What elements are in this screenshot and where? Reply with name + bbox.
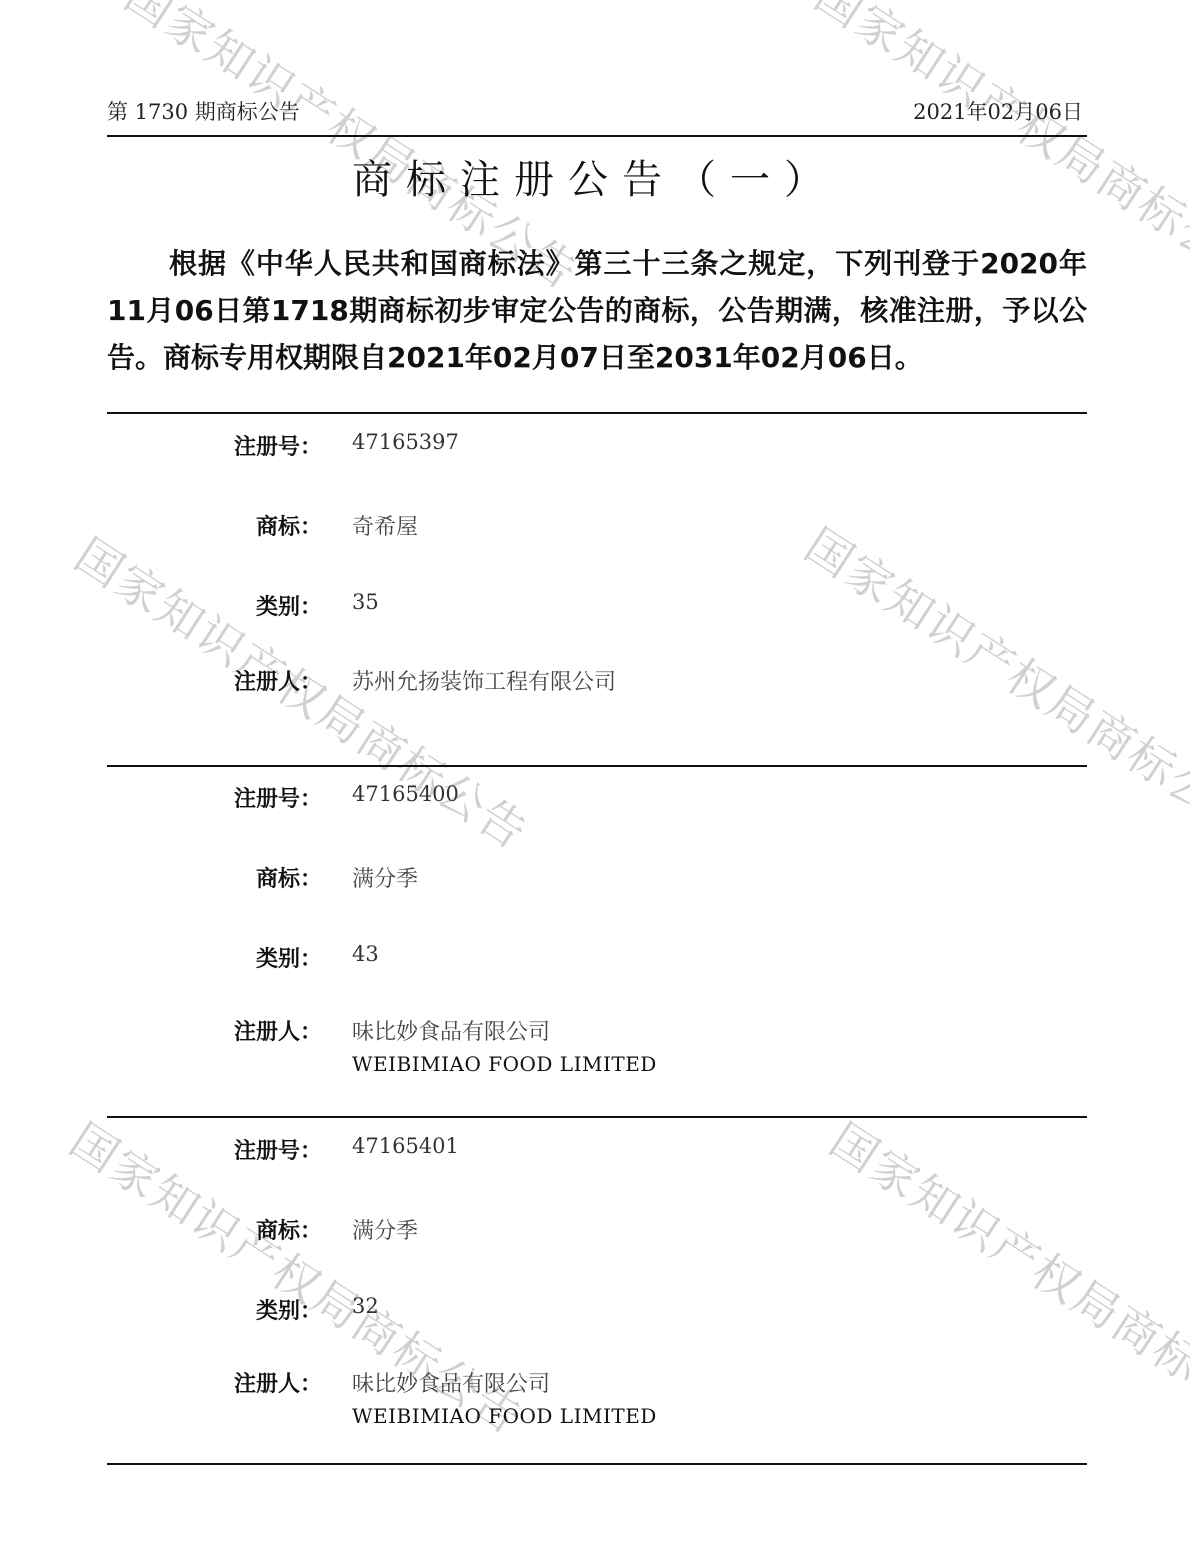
- reg-no-field: 注册号： 47165401: [0, 1134, 1190, 1164]
- registrant-field: 注册人： 味比妙食品有限公司 WEIBIMIAO FOOD LIMITED: [0, 1015, 1190, 1045]
- page-title: 商标注册公告（一）: [0, 148, 1190, 205]
- section-divider: [107, 1116, 1087, 1118]
- document-page: 国家知识产权局商标公告 国家知识产权局商标公告 国家知识产权局商标公告 国家知识…: [0, 0, 1190, 1564]
- class-field: 类别： 35: [0, 590, 1190, 620]
- class-label: 类别：: [256, 1294, 322, 1325]
- registrant-label: 注册人：: [234, 1015, 322, 1046]
- class-label: 类别：: [256, 942, 322, 973]
- mark-field: 商标： 奇希屋: [0, 510, 1190, 540]
- reg-no-label: 注册号：: [234, 430, 322, 461]
- intro-paragraph: 根据《中华人民共和国商标法》第三十三条之规定，下列刊登于2020年11月06日第…: [107, 240, 1087, 381]
- issue-number: 第 1730 期商标公告: [107, 96, 300, 126]
- reg-no-field: 注册号： 47165400: [0, 782, 1190, 812]
- registrant-name-cn: 味比妙食品有限公司: [352, 1015, 550, 1046]
- registrant-name-en: WEIBIMIAO FOOD LIMITED: [352, 1404, 657, 1428]
- reg-no-value: 47165397: [352, 430, 459, 454]
- mark-field: 商标： 满分季: [0, 1214, 1190, 1244]
- registrant-name-cn: 味比妙食品有限公司: [352, 1367, 550, 1398]
- registrant-label: 注册人：: [234, 1367, 322, 1398]
- section-divider: [107, 412, 1087, 414]
- mark-value: 满分季: [352, 1214, 418, 1245]
- issue-date: 2021年02月06日: [913, 96, 1083, 126]
- registrant-name-en: WEIBIMIAO FOOD LIMITED: [352, 1052, 657, 1076]
- reg-no-label: 注册号：: [234, 782, 322, 813]
- header-divider: [107, 135, 1087, 137]
- mark-value: 满分季: [352, 862, 418, 893]
- registrant-field: 注册人： 苏州允扬装饰工程有限公司: [0, 665, 1190, 695]
- page-header: 第 1730 期商标公告 2021年02月06日: [107, 96, 1083, 128]
- mark-label: 商标：: [256, 1214, 322, 1245]
- class-field: 类别： 32: [0, 1294, 1190, 1324]
- reg-no-value: 47165401: [352, 1134, 459, 1158]
- registrant-field: 注册人： 味比妙食品有限公司 WEIBIMIAO FOOD LIMITED: [0, 1367, 1190, 1397]
- class-value: 32: [352, 1294, 379, 1318]
- registrant-name-cn: 苏州允扬装饰工程有限公司: [352, 665, 616, 696]
- reg-no-label: 注册号：: [234, 1134, 322, 1165]
- mark-label: 商标：: [256, 862, 322, 893]
- mark-label: 商标：: [256, 510, 322, 541]
- reg-no-value: 47165400: [352, 782, 459, 806]
- section-divider: [107, 1463, 1087, 1465]
- class-field: 类别： 43: [0, 942, 1190, 972]
- mark-value: 奇希屋: [352, 510, 418, 541]
- section-divider: [107, 765, 1087, 767]
- class-value: 43: [352, 942, 379, 966]
- class-label: 类别：: [256, 590, 322, 621]
- reg-no-field: 注册号： 47165397: [0, 430, 1190, 460]
- registrant-label: 注册人：: [234, 665, 322, 696]
- mark-field: 商标： 满分季: [0, 862, 1190, 892]
- class-value: 35: [352, 590, 379, 614]
